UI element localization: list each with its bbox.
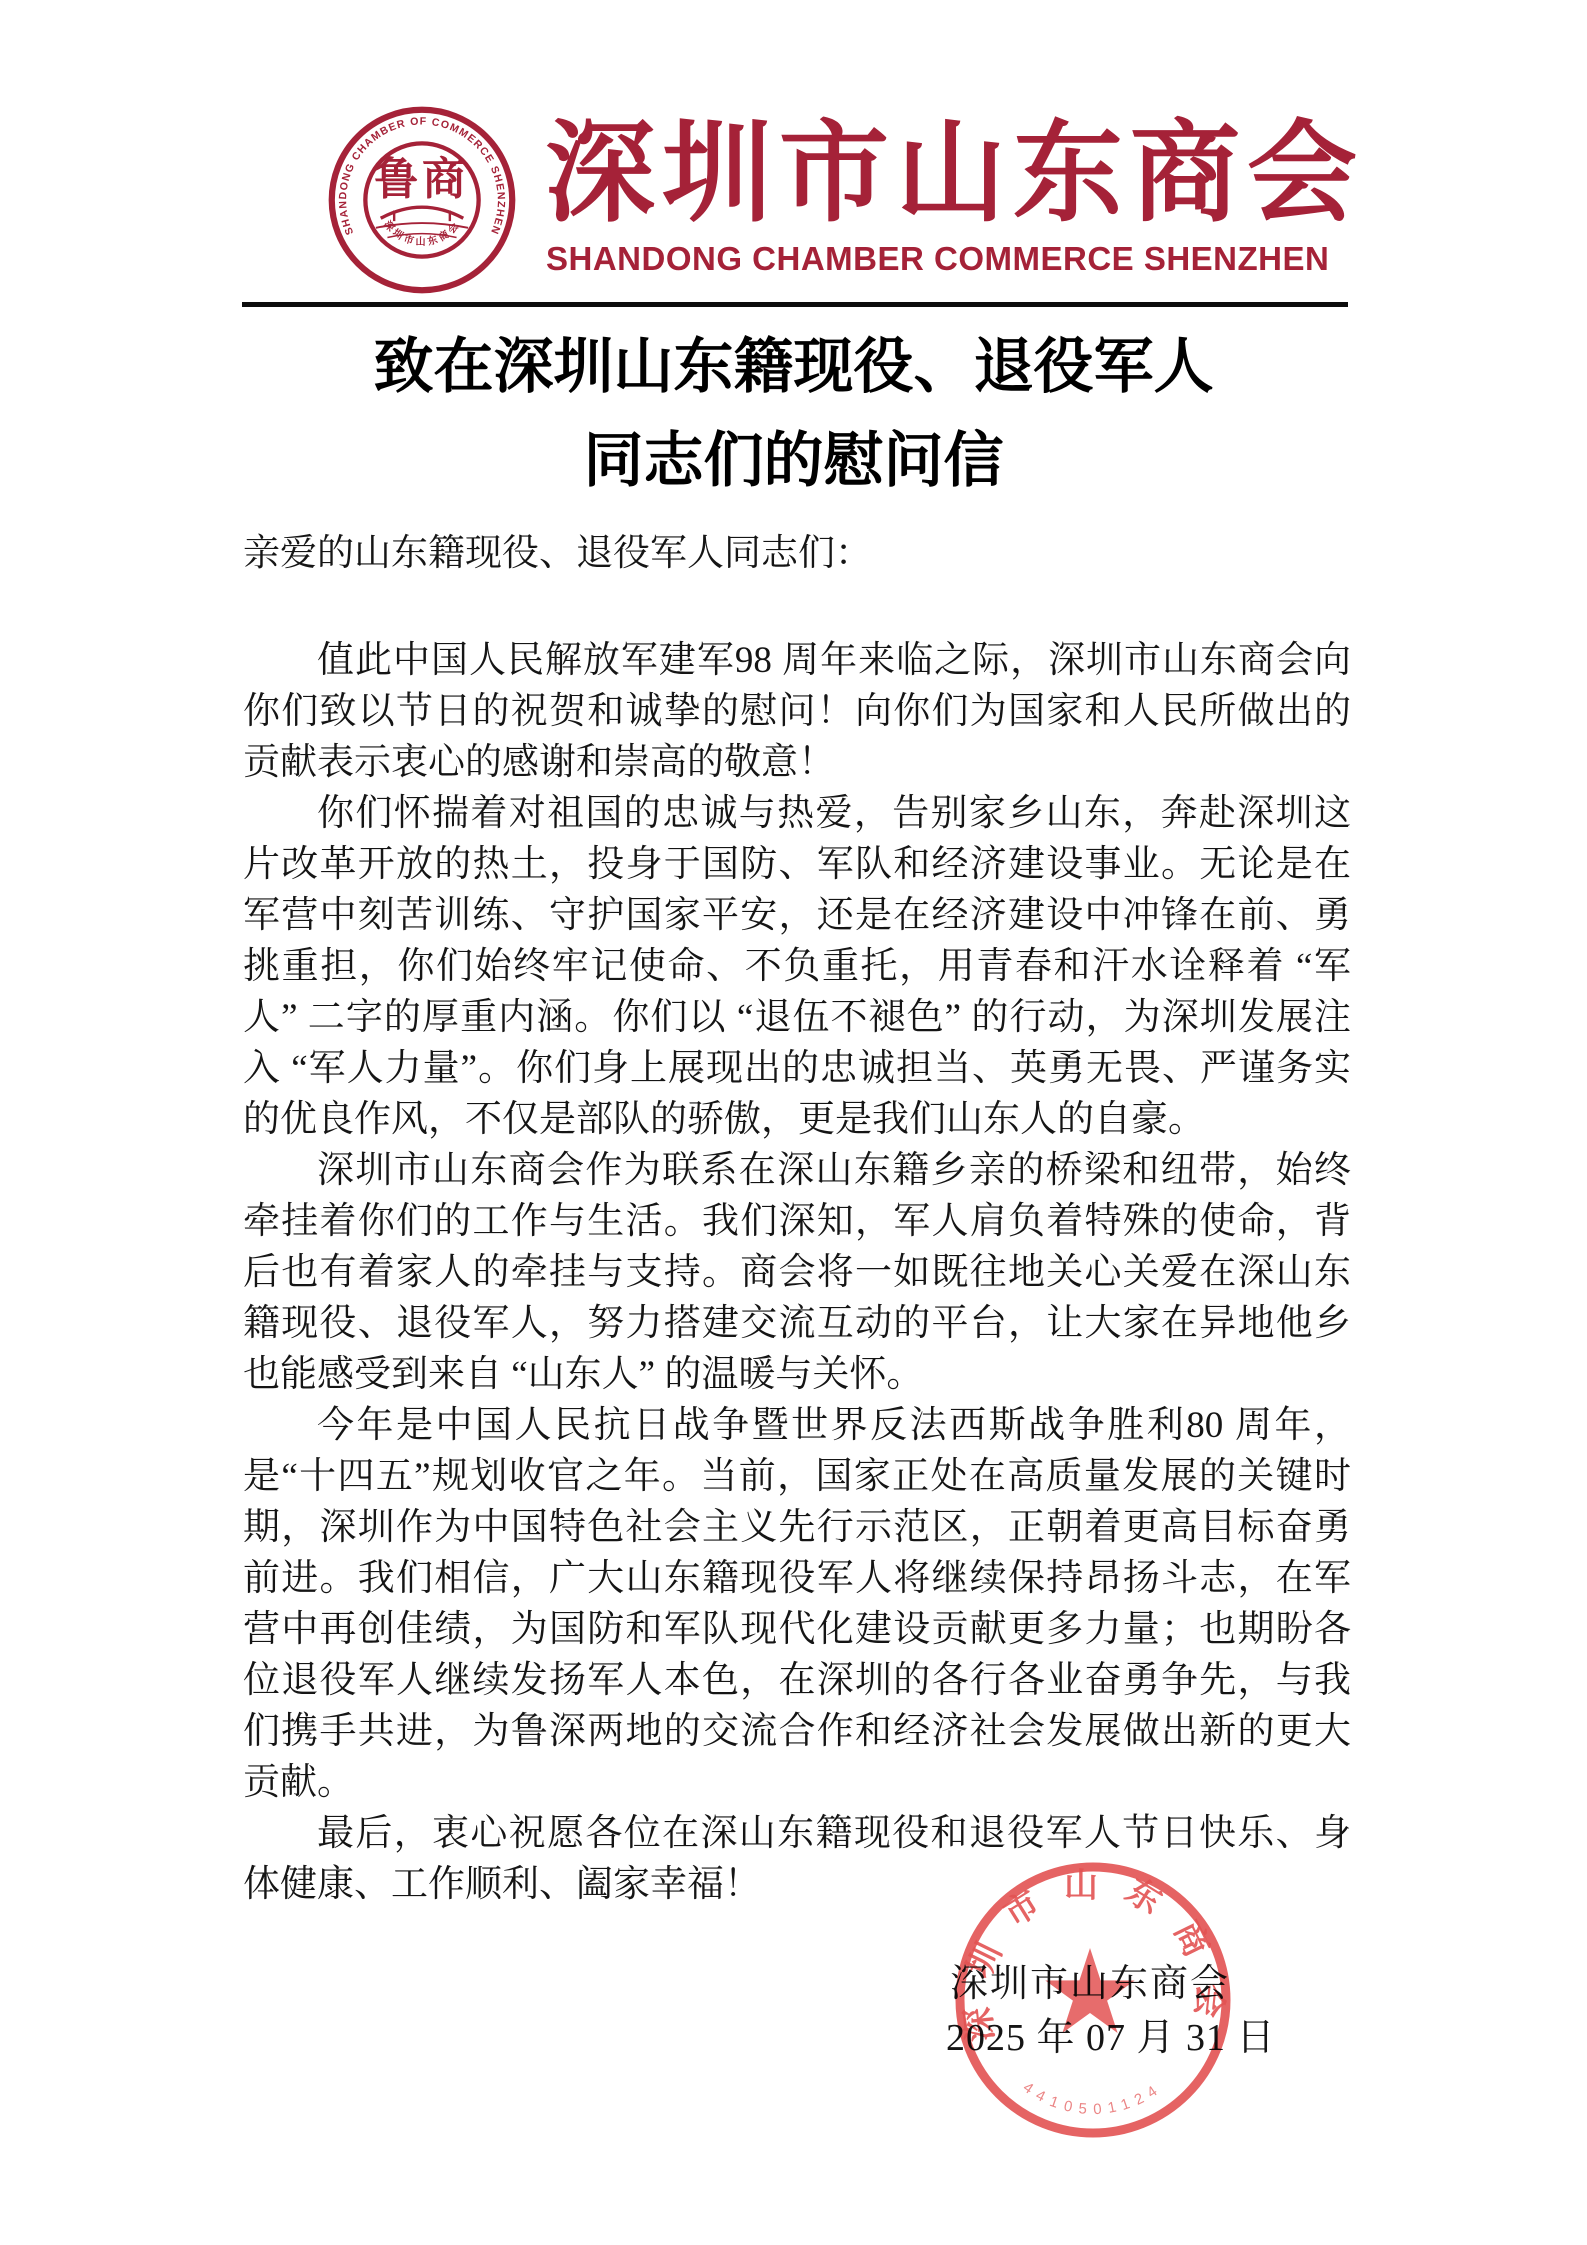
header-title-english: SHANDONG CHAMBER COMMERCE SHENZHEN	[546, 240, 1276, 278]
star-icon	[1045, 1948, 1134, 2033]
document-title: 致在深圳山东籍现役、退役军人 同志们的慰问信	[0, 320, 1587, 508]
letter-page: SHANDONG CHAMBER OF COMMERCE SHENZHEN 鲁商…	[0, 0, 1587, 2245]
document-title-line1: 致在深圳山东籍现役、退役军人	[0, 320, 1587, 414]
document-title-line2: 同志们的慰问信	[0, 414, 1587, 508]
paragraph-4: 今年是中国人民抗日战争暨世界反法西斯战争胜利80 周年，是“十四五”规划收官之年…	[243, 1400, 1351, 1808]
chamber-logo: SHANDONG CHAMBER OF COMMERCE SHENZHEN 鲁商…	[326, 104, 518, 296]
letter-body: 亲爱的山东籍现役、退役军人同志们： 值此中国人民解放军建军98 周年来临之际，深…	[243, 528, 1351, 1910]
paragraph-3: 深圳市山东商会作为联系在深山东籍乡亲的桥梁和纽带，始终牵挂着你们的工作与生活。我…	[243, 1145, 1351, 1400]
paragraph-1: 值此中国人民解放军建军98 周年来临之际，深圳市山东商会向你们致以节日的祝贺和诚…	[243, 635, 1351, 788]
official-seal-stamp: 深圳市山东商会 4410501124	[953, 1860, 1233, 2140]
stamp-code-text: 4410501124	[1020, 2079, 1166, 2118]
stamp-org-text: 深圳市山东商会	[957, 1867, 1230, 2043]
paragraph-2: 你们怀揣着对祖国的忠诚与热爱，告别家乡山东，奔赴深圳这片改革开放的热土，投身于国…	[243, 788, 1351, 1145]
logo-center-characters: 鲁商	[374, 155, 470, 204]
header-title-chinese: 深圳市山东商会	[545, 116, 1275, 232]
salutation: 亲爱的山东籍现役、退役军人同志们：	[243, 528, 1351, 579]
header-divider	[242, 302, 1348, 307]
